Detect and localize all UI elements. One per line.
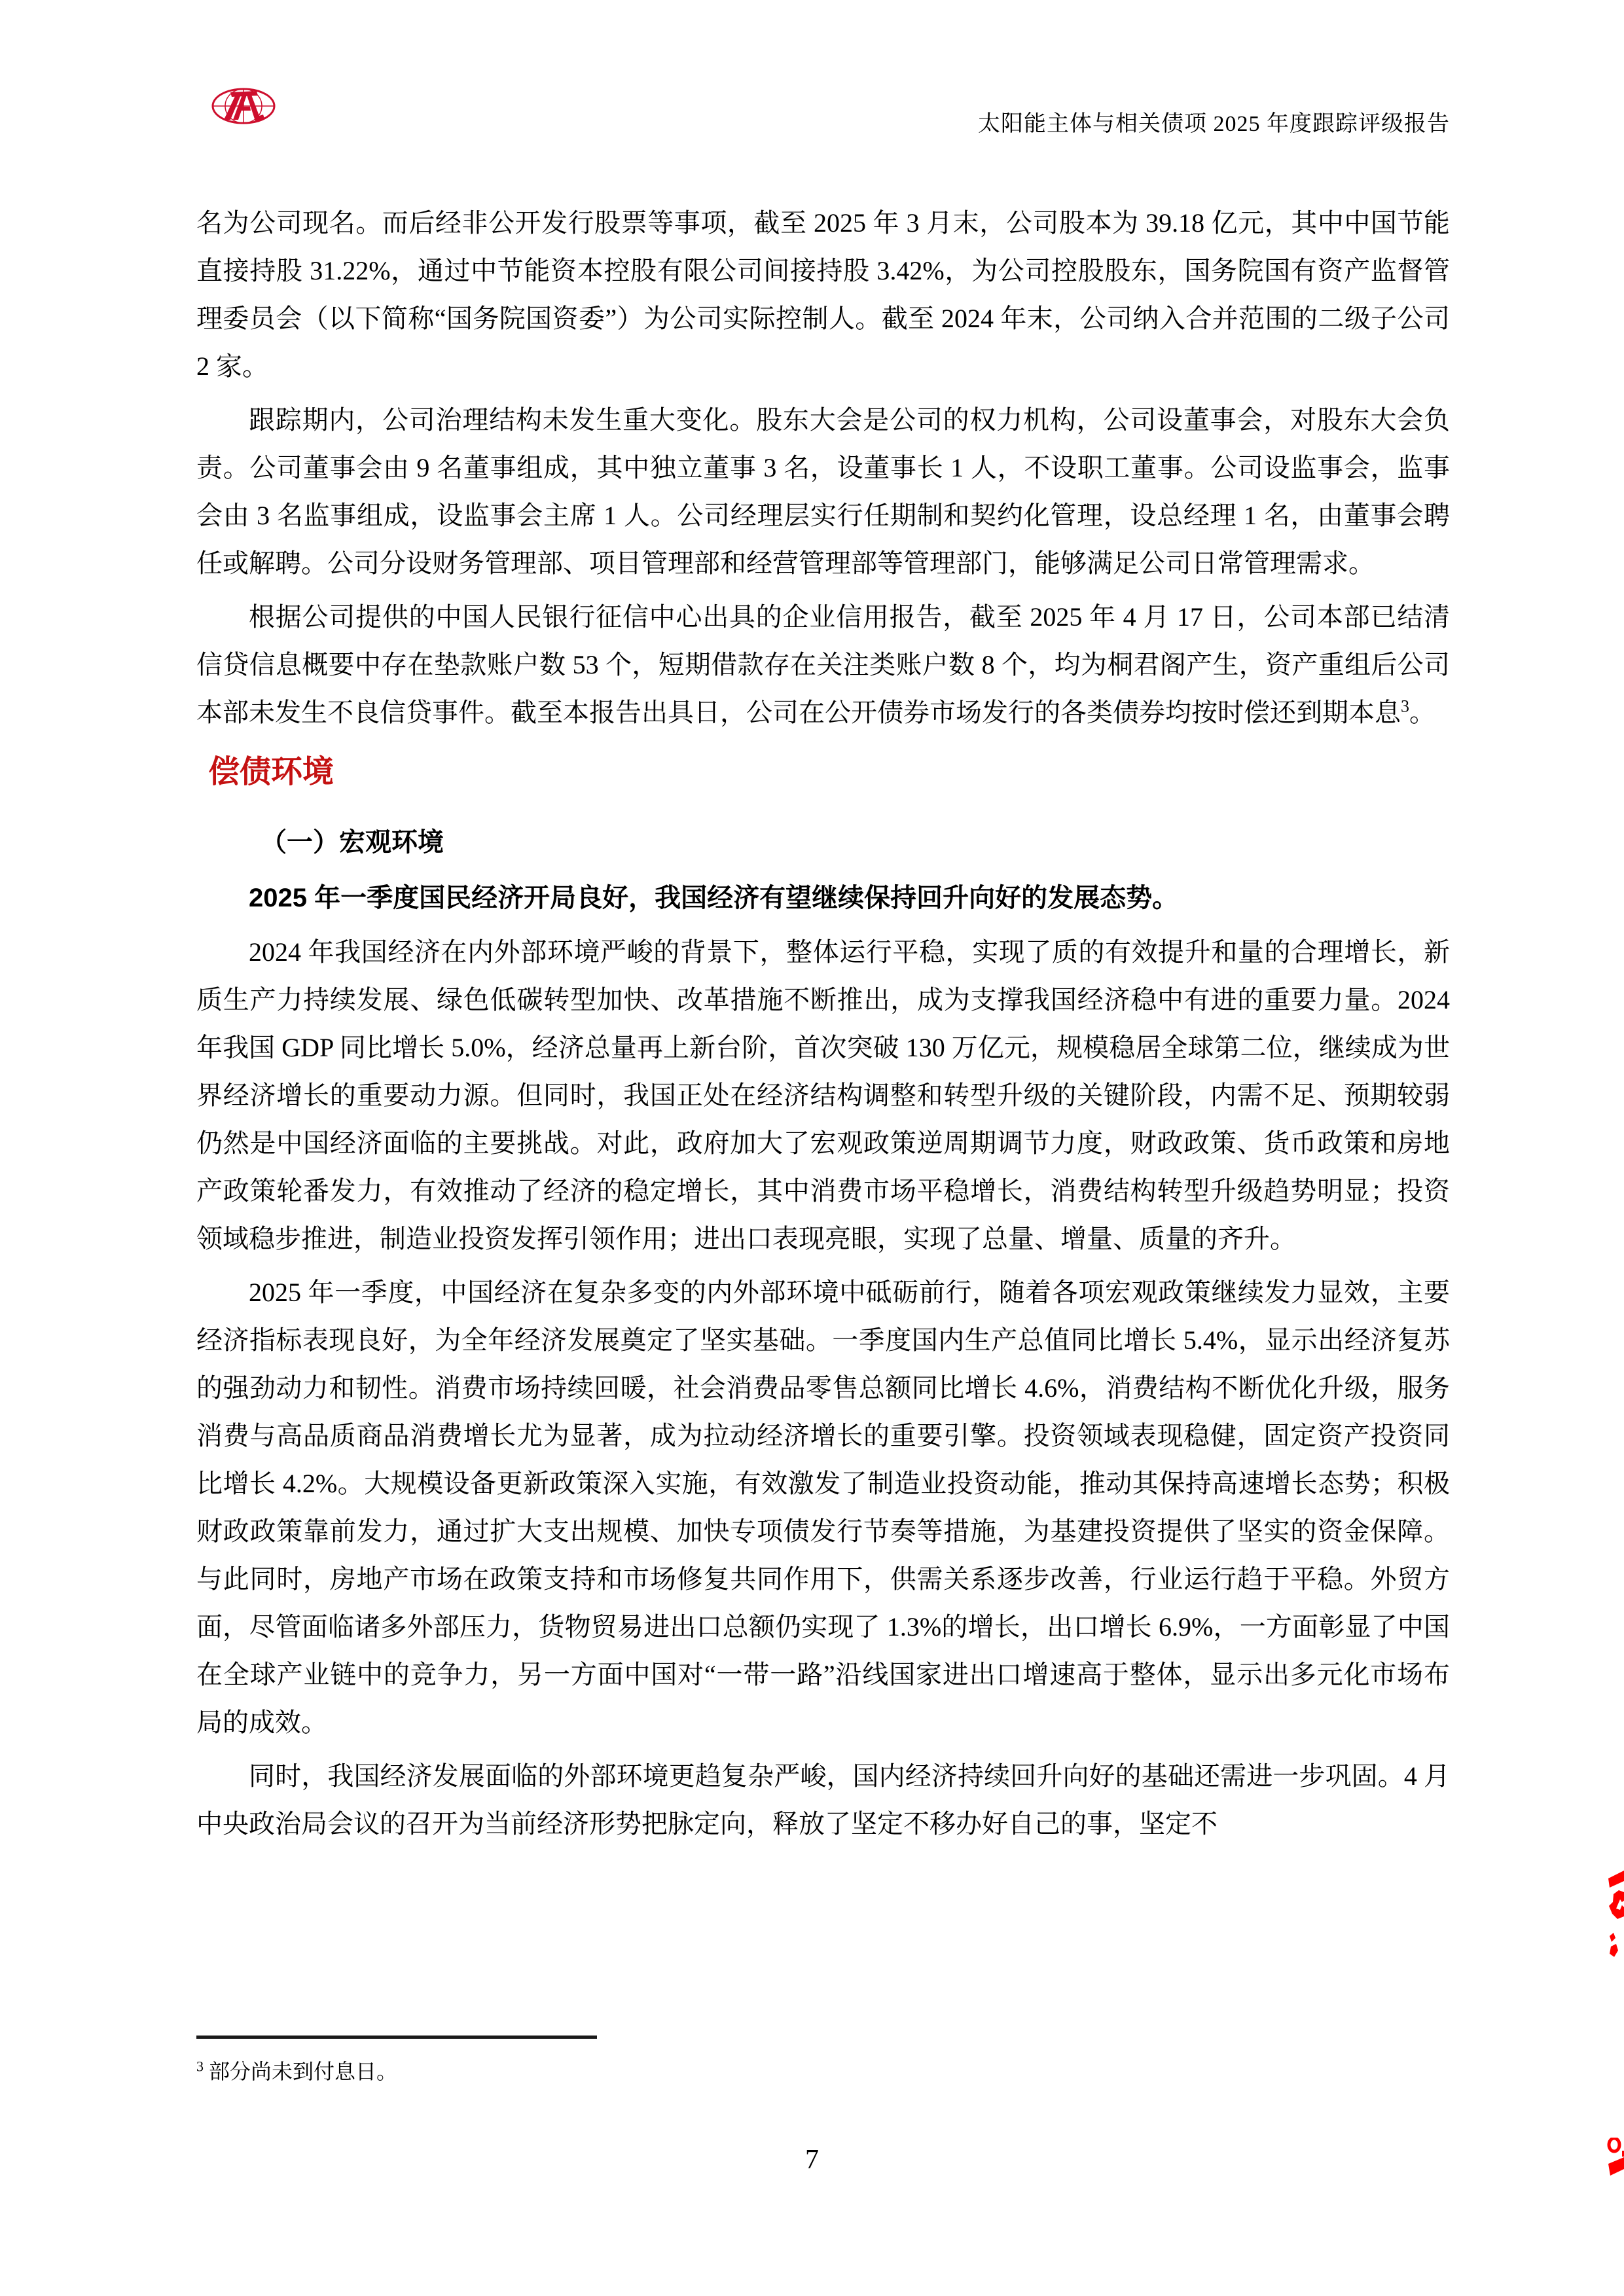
footnote-marker: 3 [196, 2058, 204, 2074]
paragraph-credit-record-text: 根据公司提供的中国人民银行征信中心出具的企业信用报告，截至 2025 年 4 月… [196, 602, 1450, 727]
paragraph-company-overview: 名为公司现名。而后经非公开发行股票等事项，截至 2025 年 3 月末，公司股本… [196, 199, 1450, 390]
footnote: 3 部分尚未到付息日。 [196, 2056, 397, 2087]
paragraph-credit-record: 根据公司提供的中国人民银行征信中心出具的企业信用报告，截至 2025 年 4 月… [196, 593, 1450, 736]
agency-logo-icon [211, 87, 276, 125]
paragraph-2024-economy: 2024 年我国经济在内外部环境严峻的背景下，整体运行平稳，实现了质的有效提升和… [196, 928, 1450, 1263]
subsection-heading-macro-environment: （一）宏观环境 [196, 819, 1450, 867]
report-page: 太阳能主体与相关债项 2025 年度跟踪评级报告 名为公司现名。而后经非公开发行… [0, 0, 1624, 2296]
thesis-statement: 2025 年一季度国民经济开局良好，我国经济有望继续保持回升向好的发展态势。 [196, 874, 1450, 922]
edge-stamp-fragment-lower [1607, 2138, 1624, 2178]
section-heading-debt-environment: 偿债环境 [208, 755, 1450, 790]
report-header-title: 太阳能主体与相关债项 2025 年度跟踪评级报告 [978, 111, 1450, 137]
footnote-separator [196, 2036, 597, 2039]
paragraph-governance: 跟踪期内，公司治理结构未发生重大变化。股东大会是公司的权力机构，公司设董事会，对… [196, 396, 1450, 587]
page-body: 名为公司现名。而后经非公开发行股票等事项，截至 2025 年 3 月末，公司股本… [196, 199, 1450, 1854]
paragraph-2025-q1-economy: 2025 年一季度，中国经济在复杂多变的内外部环境中砥砺前行，随着各项宏观政策继… [196, 1268, 1450, 1746]
paragraph-outlook: 同时，我国经济发展面临的外部环境更趋复杂严峻，国内经济持续回升向好的基础还需进一… [196, 1752, 1450, 1848]
paragraph-credit-record-tail: 。 [1409, 698, 1435, 727]
edge-stamp-fragment-upper [1607, 1871, 1624, 1962]
page-number: 7 [0, 2144, 1624, 2176]
footnote-text: 部分尚未到付息日。 [209, 2060, 397, 2083]
footnote-ref-3: 3 [1401, 697, 1409, 716]
